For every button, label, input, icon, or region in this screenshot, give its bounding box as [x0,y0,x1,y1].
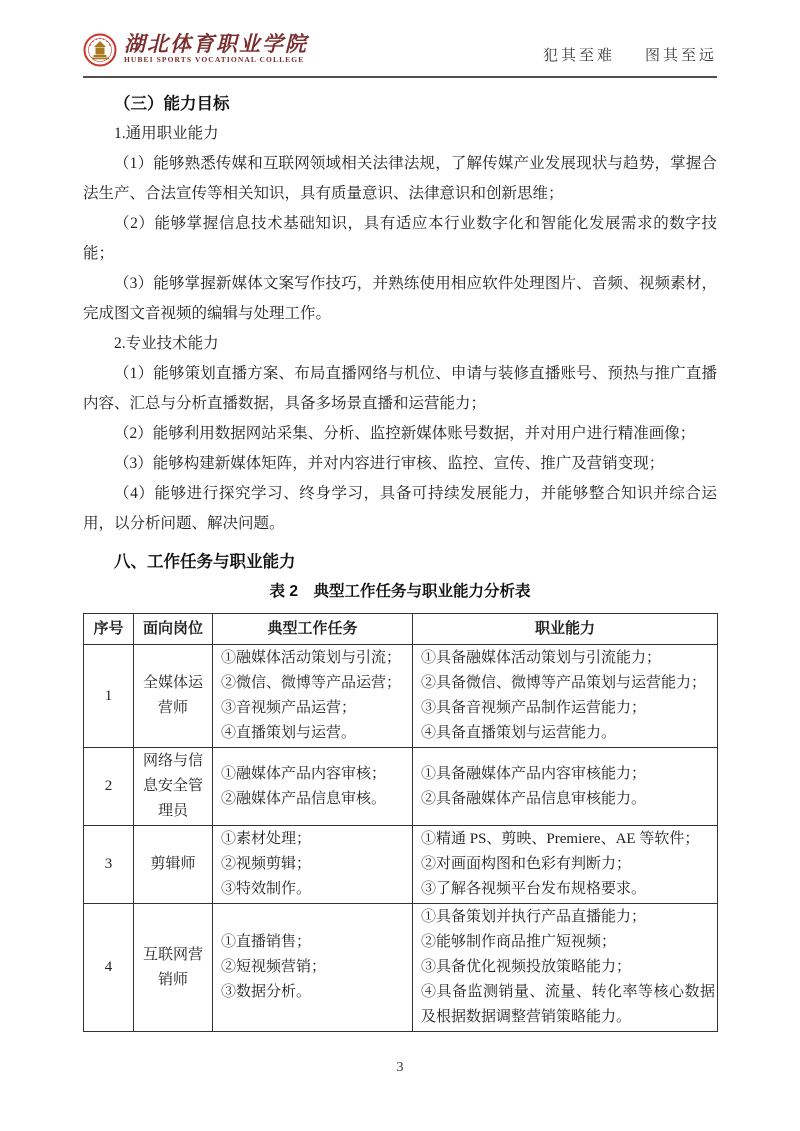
col-header-ability: 职业能力 [413,614,718,645]
college-name-zh: 湖北体育职业学院 [124,33,308,55]
ability-item: ②具备微信、微博等产品策划与运营能力； [421,671,715,696]
table-row: 3 剪辑师 ①素材处理； ②视频剪辑； ③特效制作。 ①精通 PS、剪映、Pre… [84,826,718,904]
serial-cell: 1 [84,645,134,748]
serial-cell: 2 [84,748,134,826]
abilities-cell: ①精通 PS、剪映、Premiere、AE 等软件； ②对画面构图和色彩有判断力… [413,826,718,904]
table-row: 4 互联网营销师 ①直播销售； ②短视频营销； ③数据分析。 ①具备策划并执行产… [84,904,718,1032]
tasks-cell: ①融媒体活动策划与引流； ②微信、微博等产品运营； ③音视频产品运营； ④直播策… [213,645,413,748]
position-cell: 网络与信息安全管理员 [134,748,213,826]
task-item: ①素材处理； [221,827,410,852]
paragraph-7: （2）能够利用数据网站采集、分析、监控新媒体账号数据，并对用户进行精准画像； [83,419,717,449]
task-item: ④直播策划与运营。 [221,721,410,746]
tasks-abilities-table: 序号 面向岗位 典型工作任务 职业能力 1 全媒体运营师 ①融媒体活动策划与引流… [83,613,718,1032]
chapter-heading: 八、工作任务与职业能力 [83,547,717,577]
ability-item: ①具备策划并执行产品直播能力； [421,905,715,930]
paragraph-5: 2.专业技术能力 [83,329,717,359]
task-item: ①融媒体产品内容审核； [221,762,410,787]
document-page: 湖北体育职业学院 HUBEI SPORTS VOCATIONAL COLLEGE… [0,0,800,1131]
col-header-position: 面向岗位 [134,614,213,645]
ability-item: ④具备直播策划与运营能力。 [421,721,715,746]
paragraph-4: （3）能够掌握新媒体文案写作技巧，并熟练使用相应软件处理图片、音频、视频素材，完… [83,269,717,329]
paragraph-6: （1）能够策划直播方案、布局直播网络与机位、申请与装修直播账号、预热与推广直播内… [83,359,717,419]
ability-item: ③了解各视频平台发布规格要求。 [421,877,715,902]
college-motto: 犯其至难 图其至远 [543,44,717,67]
paragraph-2: （1）能够熟悉传媒和互联网领域相关法律法规，了解传媒产业发展现状与趋势，掌握合法… [83,149,717,209]
paragraph-8: （3）能够构建新媒体矩阵，并对内容进行审核、监控、宣传、推广及营销变现； [83,449,717,479]
serial-cell: 4 [84,904,134,1032]
ability-item: ③具备优化视频投放策略能力； [421,955,715,980]
ability-item: ②具备融媒体产品信息审核能力。 [421,787,715,812]
task-item: ①直播销售； [221,930,410,955]
motto-part-2: 图其至远 [645,44,717,65]
task-item: ②视频剪辑； [221,852,410,877]
position-cell: 全媒体运营师 [134,645,213,748]
ability-item: ②能够制作商品推广短视频； [421,930,715,955]
motto-part-1: 犯其至难 [543,44,615,65]
tasks-cell: ①直播销售； ②短视频营销； ③数据分析。 [213,904,413,1032]
college-name-block: 湖北体育职业学院 HUBEI SPORTS VOCATIONAL COLLEGE [124,33,308,65]
task-item: ③音视频产品运营； [221,696,410,721]
col-header-tasks: 典型工作任务 [213,614,413,645]
table-caption: 表 2 典型工作任务与职业能力分析表 [83,577,717,607]
section-heading: （三）能力目标 [83,89,717,119]
page-number: 3 [83,1058,717,1078]
task-item: ②短视频营销； [221,955,410,980]
position-cell: 互联网营销师 [134,904,213,1032]
position-cell: 剪辑师 [134,826,213,904]
table-row: 2 网络与信息安全管理员 ①融媒体产品内容审核； ②融媒体产品信息审核。 ①具备… [84,748,718,826]
abilities-cell: ①具备融媒体产品内容审核能力； ②具备融媒体产品信息审核能力。 [413,748,718,826]
ability-item: ①精通 PS、剪映、Premiere、AE 等软件； [421,827,715,852]
tasks-cell: ①融媒体产品内容审核； ②融媒体产品信息审核。 [213,748,413,826]
college-name-en: HUBEI SPORTS VOCATIONAL COLLEGE [124,55,308,65]
task-item: ①融媒体活动策划与引流； [221,646,410,671]
task-item: ②融媒体产品信息审核。 [221,787,410,812]
task-item: ③特效制作。 [221,877,410,902]
col-header-serial: 序号 [84,614,134,645]
tasks-cell: ①素材处理； ②视频剪辑； ③特效制作。 [213,826,413,904]
ability-item: ③具备音视频产品制作运营能力； [421,696,715,721]
college-logo: 湖北体育职业学院 HUBEI SPORTS VOCATIONAL COLLEGE [83,33,308,67]
table-row: 1 全媒体运营师 ①融媒体活动策划与引流； ②微信、微博等产品运营； ③音视频产… [84,645,718,748]
ability-item: ①具备融媒体产品内容审核能力； [421,762,715,787]
abilities-cell: ①具备策划并执行产品直播能力； ②能够制作商品推广短视频； ③具备优化视频投放策… [413,904,718,1032]
college-seal-icon [83,33,117,67]
page-header: 湖北体育职业学院 HUBEI SPORTS VOCATIONAL COLLEGE… [83,33,717,78]
ability-item: ②对画面构图和色彩有判断力； [421,852,715,877]
ability-item: ①具备融媒体活动策划与引流能力； [421,646,715,671]
paragraph-1: 1.通用职业能力 [83,119,717,149]
serial-cell: 3 [84,826,134,904]
task-item: ②微信、微博等产品运营； [221,671,410,696]
table-header-row: 序号 面向岗位 典型工作任务 职业能力 [84,614,718,645]
ability-item: ④具备监测销量、流量、转化率等核心数据及根据数据调整营销策略能力。 [421,980,715,1030]
paragraph-3: （2）能够掌握信息技术基础知识，具有适应本行业数字化和智能化发展需求的数字技能； [83,209,717,269]
task-item: ③数据分析。 [221,980,410,1005]
abilities-cell: ①具备融媒体活动策划与引流能力； ②具备微信、微博等产品策划与运营能力； ③具备… [413,645,718,748]
paragraph-9: （4）能够进行探究学习、终身学习，具备可持续发展能力，并能够整合知识并综合运用，… [83,479,717,539]
document-body: （三）能力目标 1.通用职业能力 （1）能够熟悉传媒和互联网领域相关法律法规，了… [83,89,717,1078]
